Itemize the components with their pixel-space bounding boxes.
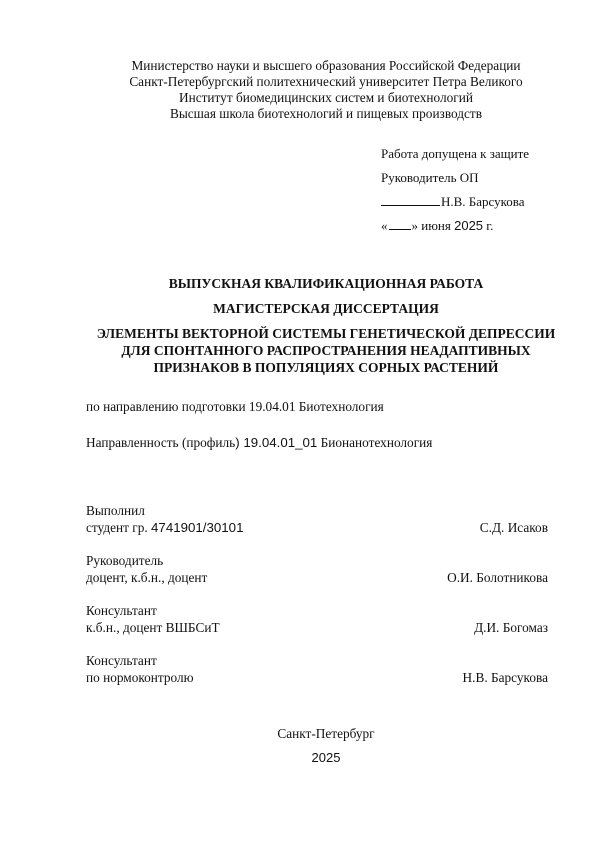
signature-detail: к.б.н., доцент ВШБСиТ xyxy=(86,619,220,636)
date-suffix: г. xyxy=(483,218,493,233)
signature-normcontrol: Консультант по нормоконтролюН.В. Барсуко… xyxy=(86,652,548,686)
university-line: Санкт-Петербургский политехнический унив… xyxy=(0,74,595,90)
profile-code: ) 19.04.01_01 xyxy=(235,435,317,450)
institute-line: Институт биомедицинских систем и биотехн… xyxy=(0,90,595,106)
signature-detail: студент гр. 4741901/30101 xyxy=(86,519,243,536)
signature-role: Консультант xyxy=(86,652,548,669)
signature-author: Выполнил студент гр. 4741901/30101С.Д. И… xyxy=(86,502,548,536)
quote-open: « xyxy=(381,218,388,233)
institution-header: Министерство науки и высшего образования… xyxy=(0,58,595,122)
approval-signature-line: Н.В. Барсукова xyxy=(381,190,529,214)
study-direction: по направлению подготовки 19.04.01 Биоте… xyxy=(86,399,384,415)
approval-admitted: Работа допущена к защите xyxy=(381,142,529,166)
detail-text: студент гр. xyxy=(86,520,151,535)
footer-year: 2025 xyxy=(0,750,595,765)
thesis-title-line: ДЛЯ СПОНТАННОГО РАСПРОСТРАНЕНИЯ НЕАДАПТИ… xyxy=(80,342,572,359)
signature-consultant: Консультант к.б.н., доцент ВШБСиТД.И. Бо… xyxy=(86,602,548,636)
approval-date: «» июня 2025 г. xyxy=(381,214,529,238)
work-type-title: ВЫПУСКНАЯ КВАЛИФИКАЦИОННАЯ РАБОТА xyxy=(80,276,572,292)
thesis-title-line: ЭЛЕМЕНТЫ ВЕКТОРНОЙ СИСТЕМЫ ГЕНЕТИЧЕСКОЙ … xyxy=(80,325,572,342)
signature-name: О.И. Болотникова xyxy=(447,569,548,586)
thesis-title-line: ПРИЗНАКОВ В ПОПУЛЯЦИЯХ СОРНЫХ РАСТЕНИЙ xyxy=(80,359,572,376)
signature-detail: доцент, к.б.н., доцент xyxy=(86,569,207,586)
group-code: 4741901/30101 xyxy=(151,520,243,535)
degree-title: МАГИСТЕРСКАЯ ДИССЕРТАЦИЯ xyxy=(80,301,572,317)
school-line: Высшая школа биотехнологий и пищевых про… xyxy=(0,106,595,122)
signature-blank xyxy=(381,191,440,206)
signature-name: Н.В. Барсукова xyxy=(463,669,548,686)
signature-name: Д.И. Богомаз xyxy=(474,619,548,636)
date-month: июня xyxy=(418,218,454,233)
approval-block: Работа допущена к защите Руководитель ОП… xyxy=(381,142,529,238)
signature-role: Руководитель xyxy=(86,552,548,569)
signature-detail: по нормоконтролю xyxy=(86,669,194,686)
approval-head-title: Руководитель ОП xyxy=(381,166,529,190)
day-blank xyxy=(389,217,411,230)
signature-role: Консультант xyxy=(86,602,548,619)
thesis-title: ЭЛЕМЕНТЫ ВЕКТОРНОЙ СИСТЕМЫ ГЕНЕТИЧЕСКОЙ … xyxy=(80,325,572,376)
study-profile: Направленность (профиль) 19.04.01_01 Био… xyxy=(86,435,432,451)
signature-supervisor: Руководитель доцент, к.б.н., доцентО.И. … xyxy=(86,552,548,586)
approval-signatory: Н.В. Барсукова xyxy=(441,194,525,209)
profile-name: Бионанотехнология xyxy=(317,435,432,450)
ministry-line: Министерство науки и высшего образования… xyxy=(0,58,595,74)
date-year: 2025 xyxy=(454,218,483,233)
profile-label: Направленность (профиль xyxy=(86,435,235,450)
footer-city: Санкт-Петербург xyxy=(0,726,595,742)
signature-name: С.Д. Исаков xyxy=(480,519,548,536)
signature-role: Выполнил xyxy=(86,502,548,519)
